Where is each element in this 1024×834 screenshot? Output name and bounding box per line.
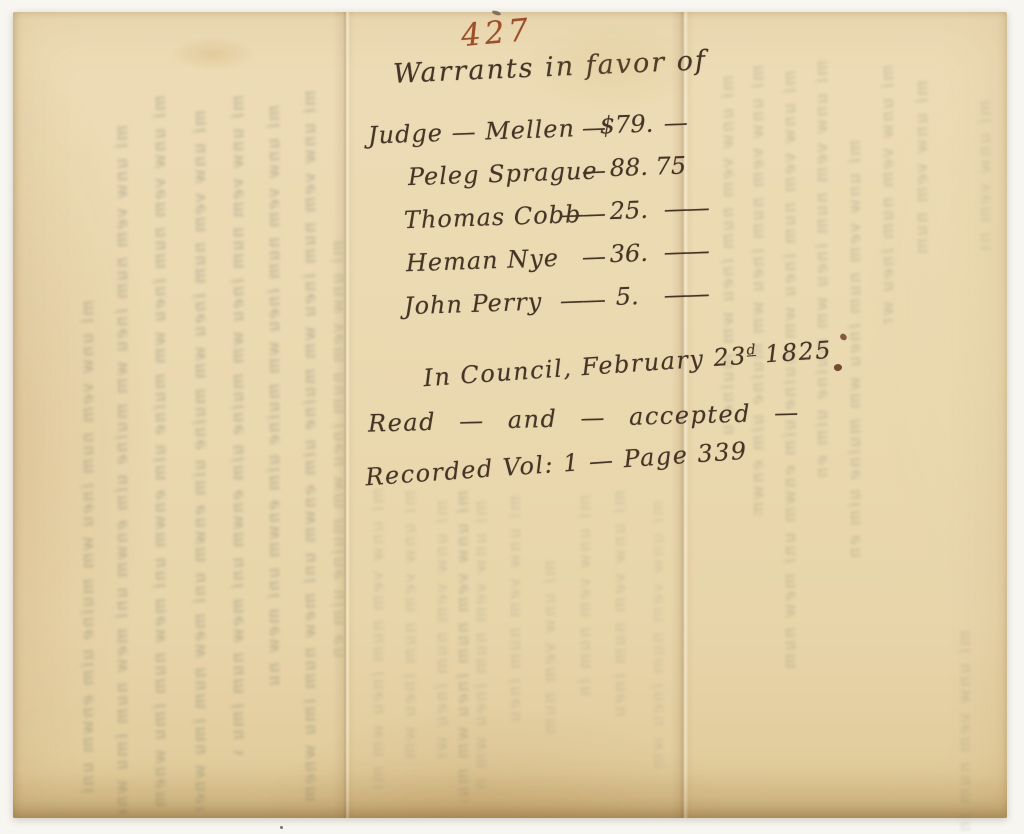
warrant-amount: 88. 75 [609,151,686,182]
bleedthrough-column: mi unw vem num ineu wm muine uim enwm un… [264,105,284,685]
bleedthrough-column: mi unw vem num ineu wm muine uim enwm un… [540,560,560,740]
warrant-tail-dash: —— [663,237,708,267]
bleedthrough-column: mi unw vem num ineu wm muine uim enwm un… [78,300,98,800]
read-accepted-line: Read — and — accepted — [368,398,800,437]
warrant-mid-dash: —— [527,285,604,316]
bleedthrough-column: mi unw vem num ineu wm muine uim enwm un… [575,495,595,695]
bleedthrough-column: mi unw vem num ineu wm muine uim enwm un… [975,100,995,250]
fold-crease-left [333,12,359,818]
bleedthrough-column: mi unw vem num ineu wm muine uim enwm un… [845,140,865,560]
bleedthrough-column: mi unw vem num ineu wm muine uim enwm un… [300,90,320,805]
bleedthrough-column: mi unw vem num ineu wm muine uim enwm un… [190,110,210,813]
warrant-amount: 36. [609,239,648,268]
bleedthrough-column: mi unw vem num ineu wm muine uim enwm un… [400,490,420,770]
council-prefix: In Council, [423,354,574,392]
page-number: 427 [460,12,534,54]
document-page: mi unw vem num ineu wm muine uim enwm un… [13,12,1007,818]
bleedthrough-column: mi unw vem num ineu wm muine uim enwm un… [748,65,768,515]
scan-background: mi unw vem num ineu wm muine uim enwm un… [0,0,1024,834]
warrant-tail-dash: —— [663,280,708,310]
warrant-tail-dash: —— [663,194,708,224]
bleedthrough-column: mi unw vem num ineu wm muine uim enwm un… [368,488,388,788]
warrant-mid-dash: —— [527,199,604,230]
record-reference-line: Recorded Vol: 1 — Page 339 [364,437,748,492]
warrant-name: John Perry [403,287,542,320]
warrant-amount: 5. [615,282,639,311]
warrant-mid-dash: — [527,113,604,144]
bleedthrough-column: mi unw vem num ineu wm muine uim enwm un… [648,500,668,780]
bleedthrough-column: mi unw vem num ineu wm muine uim enwm un… [718,75,738,435]
document-title: Warrants in favor of [392,45,707,90]
bleedthrough-column: mi unw vem num ineu wm muine uim enwm un… [112,125,132,815]
bleedthrough-column: mi unw vem num ineu wm muine uim enwm un… [505,495,525,725]
council-date-line: In Council, February 23d 1825 [423,336,833,392]
bleedthrough-column: mi unw vem num ineu wm muine uim enwm un… [328,240,348,660]
warrant-tail-dash: — [663,108,686,137]
bleedthrough-column: mi unw vem num ineu wm muine uim enwm un… [432,500,452,760]
warrant-mid-dash: — [527,156,604,187]
warrant-mid-dash: — [527,242,604,273]
bleedthrough-column: mi unw vem num ineu wm muine uim enwm un… [453,490,473,802]
bleedthrough-column: mi unw vem num ineu wm muine uim enwm un… [912,80,932,260]
council-date: February 23 [571,342,748,382]
bleedthrough-column: mi unw vem num ineu wm muine uim enwm un… [955,630,975,830]
bleedthrough-column: mi unw vem num ineu wm muine uim enwm un… [878,65,898,325]
warrant-amount: 25. [609,196,648,225]
bleedthrough-column: mi unw vem num ineu wm muine uim enwm un… [228,95,248,755]
council-year: 1825 [755,336,833,369]
warrant-amount: $79. [599,110,653,140]
bleedthrough-column: mi unw vem num ineu wm muine uim enwm un… [780,70,800,670]
bleedthrough-column: mi unw vem num ineu wm muine uim enwm un… [812,60,832,480]
bleedthrough-column: mi unw vem num ineu wm muine uim enwm un… [150,95,170,813]
bottom-edge-shadow [13,772,1007,818]
warrants-list: Judge — Mellen — $79. — Peleg Sprague — … [360,112,695,327]
bleedthrough-column: mi unw vem num ineu wm muine uim enwm un… [471,500,491,790]
bleedthrough-column: mi unw vem num ineu wm muine uim enwm un… [610,490,630,720]
ink-speck [280,826,283,829]
